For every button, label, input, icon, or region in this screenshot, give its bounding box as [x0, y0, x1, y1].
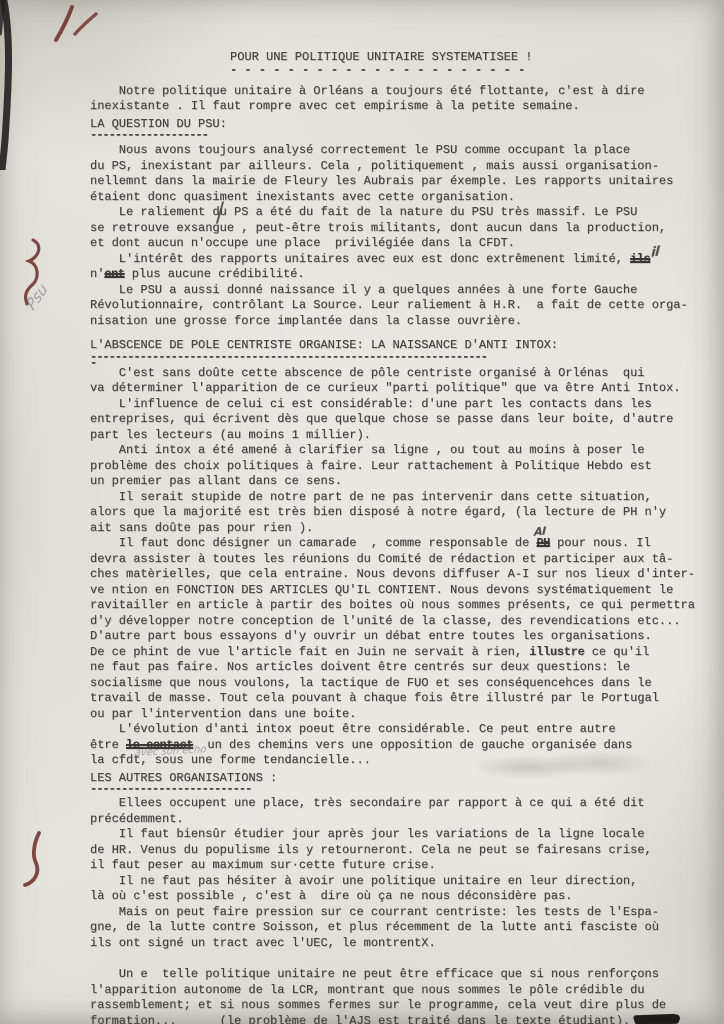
text-line: ravitailler en article à partir des boit…: [90, 598, 706, 614]
heading-underline-dashes: --------------------------: [90, 786, 706, 792]
text-run: être: [90, 738, 126, 754]
text-line: D'autre part bous essayons d'y ouvrir un…: [90, 629, 706, 645]
paragraph: Notre politique unitaire à Orléans a tou…: [90, 84, 706, 115]
pencil-note-psu: Psu: [23, 279, 51, 314]
text-line: ve ntion en FONCTION DES ARTICLES QU'IL …: [90, 583, 706, 599]
text-line: problème des choix politiques à faire. L…: [90, 459, 706, 475]
paragraph: Le raliement du PS a été du fait de la n…: [90, 205, 706, 252]
text-line: se retrouve exsangue , peut-être trois m…: [90, 221, 706, 237]
red-pen-squiggle-psu: [16, 236, 50, 315]
text-line: n'ont plus aucune crédibilité.: [90, 267, 706, 283]
text-line: ils ont signé un tract avec l'UEC, le mo…: [90, 936, 706, 952]
heading-underline-dashes: -------------------: [90, 132, 706, 138]
paragraph: Le PSU a aussi donné naissance il y a qu…: [90, 283, 706, 330]
paragraph: C'est sans doûte cette abscence de pôle …: [90, 366, 706, 397]
text-line: rassemblement; et si nous sommes fermes …: [90, 998, 706, 1014]
text-line: formation... (le problème de l'AJS est t…: [90, 1014, 706, 1024]
text-line: Il faut biensûr étudier jour après jour …: [90, 827, 706, 843]
text-line: ne faut pas faire. Nos articles doivent …: [90, 660, 706, 676]
paragraph: L'influence de celui ci est considérable…: [90, 397, 706, 444]
text-line: De ce phint de vue l'article fait en Jui…: [90, 645, 706, 661]
text-line: nellemnt dans la mairie de Fleury les Au…: [90, 174, 706, 190]
text-line: L'intérêt des rapports unitaires avec eu…: [90, 252, 706, 268]
paragraph: Un e telle politique unitaire ne peut êt…: [90, 967, 706, 1024]
text-line: Le raliement du PS a été du fait de la n…: [90, 205, 706, 221]
section-heading: LA QUESTION DU PSU:-------------------: [90, 117, 706, 139]
text-line: entreprises, qui écrivent dès que quelqu…: [90, 412, 706, 428]
paragraph: Il faut donc désigner un camarade , comm…: [90, 536, 706, 722]
text-run: PS a été du fait de la nature du PSU trè…: [227, 205, 637, 221]
text-line: gne, de la lutte contre Soisson, et plus…: [90, 920, 706, 936]
text-line: il faut peser au maximum sur·cette futur…: [90, 858, 706, 874]
text-line: Mais on peut faire pression sur ce courr…: [90, 905, 706, 921]
text-line: de HR. Venus du populisme ils y retourne…: [90, 843, 706, 859]
text-line: C'est sans doûte cette abscence de pôle …: [90, 366, 706, 382]
text-line: Ellees occupent une place, très secondai…: [90, 796, 706, 812]
text-line: Le PSU a aussi donné naissance il y a qu…: [90, 283, 706, 299]
paragraph: L'intérêt des rapports unitaires avec eu…: [90, 252, 706, 283]
run-xed: le contact: [126, 738, 193, 754]
text-line: Révolutionnaire, contrôlant La Source. L…: [90, 298, 706, 314]
text-line: là où c'est possible , c'est à dire où ç…: [90, 889, 706, 905]
run-overtyped: illustre: [529, 645, 584, 661]
text-line: l'apparition autonome de la LCR, montran…: [90, 983, 706, 999]
paragraph: L'évolution d'anti intox poeut être cons…: [90, 722, 706, 769]
text-line: devra assister à toutes les réunions du …: [90, 552, 706, 568]
run-ink-blob: [634, 1014, 680, 1024]
text-line: être le contact un des chemins vers une …: [90, 738, 706, 754]
text-run: Le raliement: [90, 205, 212, 221]
text-line: Nous avons toujours analysé correctement…: [90, 143, 706, 159]
red-pen-squiggle-lower: [20, 830, 52, 897]
text-line: L'évolution d'anti intox poeut être cons…: [90, 722, 706, 738]
text-line: la cfdt, sous une forme tendancielle...: [90, 753, 706, 769]
text-run: pour nous. Il: [550, 536, 651, 552]
text-line: part les lecteurs (au moins 1 millier).: [90, 428, 706, 444]
paragraph: Il faut biensûr étudier jour après jour …: [90, 827, 706, 874]
red-pen-mark-top-left: [44, 0, 106, 53]
paragraph: Anti intox a été amené à clarifier sa li…: [90, 443, 706, 490]
text-line: alors que la majorité est très bien disp…: [90, 505, 706, 521]
text-run: L'intérêt des rapports unitaires avec eu…: [90, 252, 630, 268]
text-line: ches matèrielles, que cela entraine. Nou…: [90, 567, 706, 583]
text-line: nisation une grosse force implantée dans…: [90, 314, 706, 330]
text-line: ou par l'intervention dans une boite.: [90, 707, 706, 723]
run-xed: ont: [104, 267, 124, 283]
paragraph: Il ne faut pas hésiter à avoir une polit…: [90, 874, 706, 905]
paragraph: Nous avons toujours analysé correctement…: [90, 143, 706, 205]
text-line: L'influence de celui ci est considérable…: [90, 397, 706, 413]
text-run: De ce phint de vue l'article fait en Jui…: [90, 645, 529, 661]
text-line: Il serait stupide de notre part de ne pa…: [90, 490, 706, 506]
typewritten-document: POUR UNE POLITIQUE UNITAIRE SYSTEMATISEE…: [90, 50, 706, 1024]
title-underline-dashes: - - - - - - - - - - - - - - - - - - - - …: [230, 66, 706, 74]
document-title: POUR UNE POLITIQUE UNITAIRE SYSTEMATISEE…: [230, 50, 706, 74]
text-run: formation... (le problème de l'AJS est t…: [90, 1014, 630, 1024]
paragraph: Ellees occupent une place, très secondai…: [90, 796, 706, 827]
section-heading: LES AUTRES ORGANISATIONS :--------------…: [90, 771, 706, 793]
text-line: Un e telle politique unitaire ne peut êt…: [90, 967, 706, 983]
text-line: Notre politique unitaire à Orléans a tou…: [90, 84, 706, 100]
text-line: Il ne faut pas hésiter à avoir une polit…: [90, 874, 706, 890]
photo-corner-shadow: [0, 0, 22, 175]
run-xed: ilsil: [630, 252, 650, 268]
paper-page: POUR UNE POLITIQUE UNITAIRE SYSTEMATISEE…: [0, 0, 724, 1024]
text-line: précédemment.: [90, 812, 706, 828]
text-line: inexistante . Il faut rompre avec cet em…: [90, 99, 706, 115]
text-line: du PS, inexistant par ailleurs. Cela , p…: [90, 159, 706, 175]
run-xed: PHAI: [536, 536, 549, 552]
text-line: ait sans doûte pas pour rien ).: [90, 521, 706, 537]
paragraph: Mais on peut faire pression sur ce courr…: [90, 905, 706, 952]
text-line: va déterminer l'apparition de ce curieux…: [90, 381, 706, 397]
text-run: Il faut donc désigner un camarade , comm…: [90, 536, 536, 552]
screenshot-root: { "page": { "paper_color": "#e9e7e2", "i…: [0, 0, 724, 1024]
text-line: socialisme que nous voulons, la tactique…: [90, 676, 706, 692]
text-run: plus aucune crédibilité.: [125, 267, 305, 283]
text-run: n': [90, 267, 104, 283]
text-line: et dont aucun n'occupe une place privilé…: [90, 236, 706, 252]
text-line: travail de masse. Tout cela pouvant à ch…: [90, 691, 706, 707]
text-run: ce qu'il: [585, 645, 650, 661]
run-slashed: du: [212, 205, 226, 221]
paragraph: Il serait stupide de notre part de ne pa…: [90, 490, 706, 537]
text-line: Il faut donc désigner un camarade , comm…: [90, 536, 706, 552]
text-run: un des chemins vers une opposition de ga…: [193, 738, 632, 754]
text-line: Anti intox a été amené à clarifier sa li…: [90, 443, 706, 459]
section-heading: L'ABSCENCE DE POLE CENTRISTE ORGANISE: L…: [90, 338, 706, 366]
text-line: un premier pas allant dans ce sens.: [90, 474, 706, 490]
text-line: étaient donc quasiment inexistants avec …: [90, 190, 706, 206]
text-line: d'y développer notre conception de l'uni…: [90, 614, 706, 630]
